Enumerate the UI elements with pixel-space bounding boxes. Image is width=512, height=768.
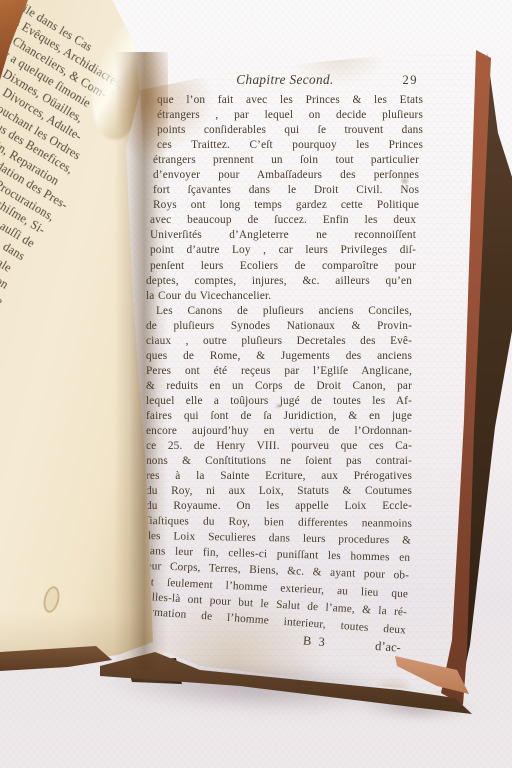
book-photograph: de l’Angleterre.ſert de la Loy Civile da… bbox=[0, 0, 512, 768]
body-line: & reduits en un Corps de Droit Canon, pa… bbox=[146, 379, 412, 394]
body-line: étrangers , par lequel on decide pluſieu… bbox=[157, 108, 423, 123]
body-line: deptes, comptes, injures, &c. ailleurs q… bbox=[146, 274, 412, 289]
body-line: que l’on fait avec les Princes & les Eta… bbox=[157, 93, 423, 108]
paper-spot bbox=[41, 585, 62, 615]
body-line: Roys ont long temps gardez cette Politiq… bbox=[153, 198, 419, 213]
body-line: ce 25. de Henry VIII. pourveu que ces Ca… bbox=[146, 439, 412, 454]
page-body: que l’on fait avec les Princes & les Eta… bbox=[146, 93, 412, 620]
body-line: Peres ont été reçeus par l’Egliſe Anglic… bbox=[146, 364, 412, 379]
body-line: encore aujourd’huy en vertu de l’Ordonna… bbox=[146, 424, 412, 439]
body-line: points conſiderables qui ſe trouvent dan… bbox=[157, 123, 423, 138]
body-line: faires qui ſont de ſa Juridiction, & en … bbox=[146, 409, 412, 424]
body-line: point d’autre Loy , car leurs Privileges… bbox=[150, 243, 416, 258]
body-line: du Royaume. On les appelle Loix Eccle- bbox=[146, 499, 412, 514]
body-line: d’envoyer pour Ambaſſadeurs des perſonne… bbox=[153, 168, 419, 183]
body-line: penſent leurs Ecoliers de comparoître po… bbox=[150, 259, 416, 274]
body-line: ces Traittez. C’eſt pourquoy les Princes bbox=[157, 138, 423, 153]
body-line: du Roy, ni aux Loix, Statuts & Coutumes bbox=[146, 484, 412, 499]
body-line: Les Canons de pluſieurs anciens Conciles… bbox=[146, 304, 412, 319]
body-line: nons & Conſtitutions ne ſoient pas contr… bbox=[146, 454, 412, 469]
body-line: ques de Rome, & Jugements des anciens bbox=[146, 349, 412, 364]
body-line: la Cour du Vicechancelier. bbox=[146, 289, 412, 304]
body-line: Univerſités d’Angleterre ne reconnoiſſen… bbox=[150, 228, 416, 243]
body-line: de pluſieurs Synodes Nationaux & Provin- bbox=[146, 319, 412, 334]
body-line: étrangers prennent un ſoin tout particul… bbox=[153, 153, 419, 168]
page-number: 29 bbox=[403, 73, 419, 88]
body-line: fort ſçavantes dans le Droit Civil. Nos bbox=[153, 183, 419, 198]
body-line: ciaux , outre pluſieurs Decretales des E… bbox=[146, 334, 412, 349]
right-page: Chapitre Second. 29 que l’on fait avec l… bbox=[122, 42, 494, 704]
signature-mark: B 3 bbox=[302, 633, 327, 650]
body-line: lequel elle a toûjours jugé de toutes le… bbox=[146, 394, 412, 409]
body-line: avec beaucoup de ſuccez. Enfin les deux bbox=[150, 213, 416, 228]
catchword: d’ac- bbox=[375, 639, 402, 656]
text-block: Chapitre Second. 29 que l’on fait avec l… bbox=[146, 72, 412, 637]
body-line: res à la Sainte Ecriture, aux Prérogativ… bbox=[146, 469, 412, 484]
